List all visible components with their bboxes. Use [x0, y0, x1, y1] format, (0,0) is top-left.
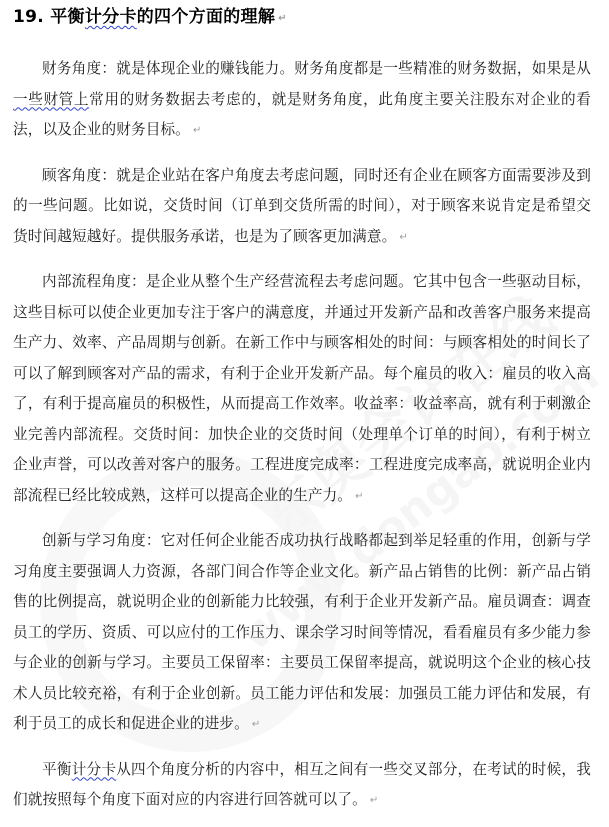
paragraph-summary: 平衡计分卡从四个角度分析的内容中，相互之间有一些交叉部分，在考试的时候，我们就按… [13, 755, 591, 817]
paragraph-mark-icon: ↵ [355, 491, 364, 502]
paragraph-text: 创新与学习角度：它对任何企业能否成功执行战略都起到举足轻重的作用，创新与学习角度… [13, 532, 591, 732]
paragraph-internal-process: 内部流程角度：是企业从整个生产经营流程去考虑问题。它其中包含一些驱动目标，这些目… [13, 267, 591, 512]
spellcheck-flagged-term[interactable]: 计分卡 [85, 7, 137, 27]
paragraph-mark-icon: ↵ [370, 795, 379, 806]
paragraph-mark-icon: ↵ [252, 719, 261, 730]
title-suffix: 的四个方面的理解 [137, 7, 275, 27]
paragraph-innovation-learning: 创新与学习角度：它对任何企业能否成功执行战略都起到举足轻重的作用，创新与学习角度… [13, 526, 591, 741]
paragraph-mark-icon: ↵ [399, 232, 408, 243]
paragraph-text: 常用的财务数据去考虑的，就是财务角度，此角度主要关注股东对企业的看法，以及企业的… [13, 91, 591, 139]
paragraph-mark-icon: ↵ [278, 13, 287, 24]
paragraph-mark-icon: ↵ [193, 125, 202, 136]
paragraph-financial: 财务角度：就是体现企业的赚钱能力。财务角度都是一些精准的财务数据，如果是从一些财… [13, 54, 591, 147]
paragraph-text: 财务角度：就是体现企业的赚钱能力。财务角度都是一些精准的财务数据，如果是从 [42, 60, 591, 77]
title-prefix: 19. 平衡 [13, 7, 85, 27]
document-title: 19. 平衡计分卡的四个方面的理解↵ [13, 6, 591, 30]
paragraph-text: 顾客角度：就是企业站在客户角度去考虑问题，同时还有企业在顾客方面需要涉及到的一些… [13, 167, 591, 245]
paragraph-text: 平衡 [42, 761, 72, 778]
spellcheck-flagged-term[interactable]: 一些财管上 [13, 91, 89, 108]
paragraph-text: 内部流程角度：是企业从整个生产经营流程去考虑问题。它其中包含一些驱动目标，这些目… [13, 273, 591, 504]
document-page: 19. 平衡计分卡的四个方面的理解↵ 财务角度：就是体现企业的赚钱能力。财务角度… [13, 6, 591, 817]
paragraph-customer: 顾客角度：就是企业站在客户角度去考虑问题，同时还有企业在顾客方面需要涉及到的一些… [13, 161, 591, 254]
spellcheck-flagged-term[interactable]: 计分卡 [72, 761, 117, 778]
